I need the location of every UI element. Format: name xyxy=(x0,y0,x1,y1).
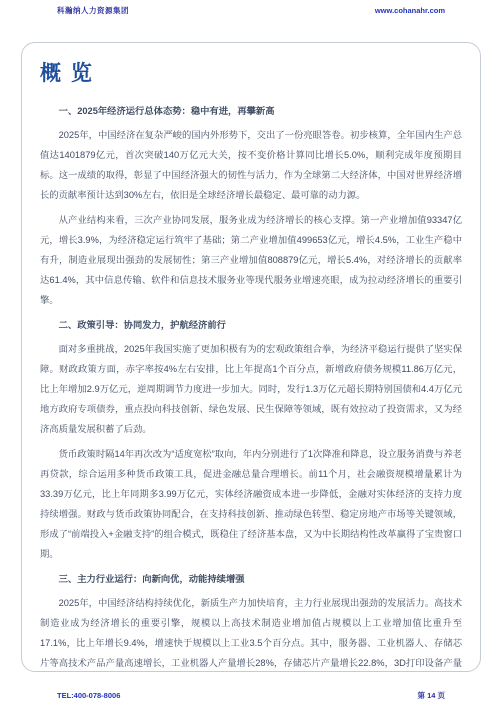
page-number: 第 14 页 xyxy=(417,690,445,701)
section-2-heading: 二、政策引导：协同发力，护航经济前行 xyxy=(40,315,462,335)
document-page: 科瀚纳人力资源集团 www.cohanahr.com 概 览 一、2025年经济… xyxy=(0,0,502,709)
section-2-paragraph-2: 货币政策时隔14年再次改为“适度宽松”取向，年内分别进行了1次降准和降息，设立服… xyxy=(40,444,462,564)
tel-label: TEL:400-078-8006 xyxy=(57,691,120,700)
section-3-paragraph-1: 2025年，中国经济结构持续优化，新质生产力加快培育，主力行业展现出强劲的发展活… xyxy=(40,593,462,672)
page-footer: TEL:400-078-8006 第 14 页 xyxy=(57,690,445,701)
section-3-heading: 三、主力行业运行：向新向优，动能持续增强 xyxy=(40,569,462,589)
website-link[interactable]: www.cohanahr.com xyxy=(375,6,445,15)
section-1-paragraph-2: 从产业结构来看，三次产业协同发展，服务业成为经济增长的核心支撑。第一产业增加值9… xyxy=(40,210,462,310)
page-title: 概 览 xyxy=(40,57,462,87)
content-card: 概 览 一、2025年经济运行总体态势：稳中有进，再攀新高 2025年，中国经济… xyxy=(21,42,481,672)
section-2-paragraph-1: 面对多重挑战，2025年我国实施了更加积极有为的宏观政策组合拳，为经济平稳运行提… xyxy=(40,339,462,439)
company-name: 科瀚纳人力资源集团 xyxy=(57,5,129,16)
section-1-paragraph-1: 2025年，中国经济在复杂严峻的国内外形势下，交出了一份亮眼答卷。初步核算，全年… xyxy=(40,125,462,205)
section-1-heading: 一、2025年经济运行总体态势：稳中有进，再攀新高 xyxy=(40,101,462,121)
page-header: 科瀚纳人力资源集团 www.cohanahr.com xyxy=(57,5,445,16)
document-body: 一、2025年经济运行总体态势：稳中有进，再攀新高 2025年，中国经济在复杂严… xyxy=(40,101,462,672)
